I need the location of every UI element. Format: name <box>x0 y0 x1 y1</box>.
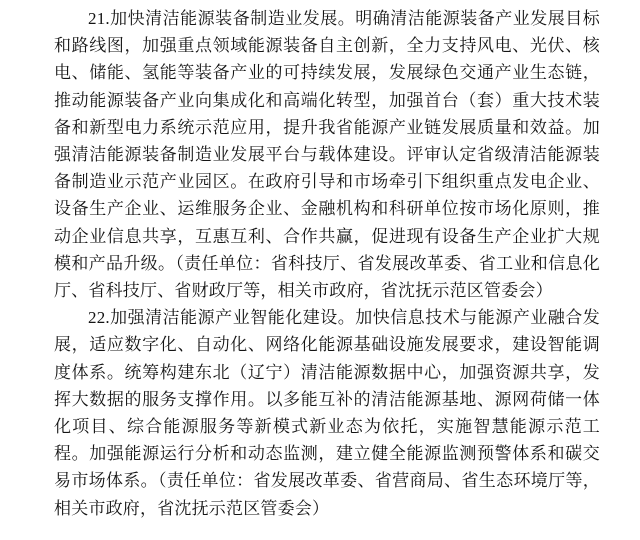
paragraph-21: 21.加快清洁能源装备制造业发展。明确清洁能源装备产业发展目标和路线图，加强重点… <box>54 5 600 304</box>
document-body: 21.加快清洁能源装备制造业发展。明确清洁能源装备产业发展目标和路线图，加强重点… <box>54 5 600 522</box>
paragraph-22: 22.加强清洁能源产业智能化建设。加快信息技术与能源产业融合发展，适应数字化、自… <box>54 304 600 522</box>
document-page: 21.加快清洁能源装备制造业发展。明确清洁能源装备产业发展目标和路线图，加强重点… <box>0 0 640 540</box>
